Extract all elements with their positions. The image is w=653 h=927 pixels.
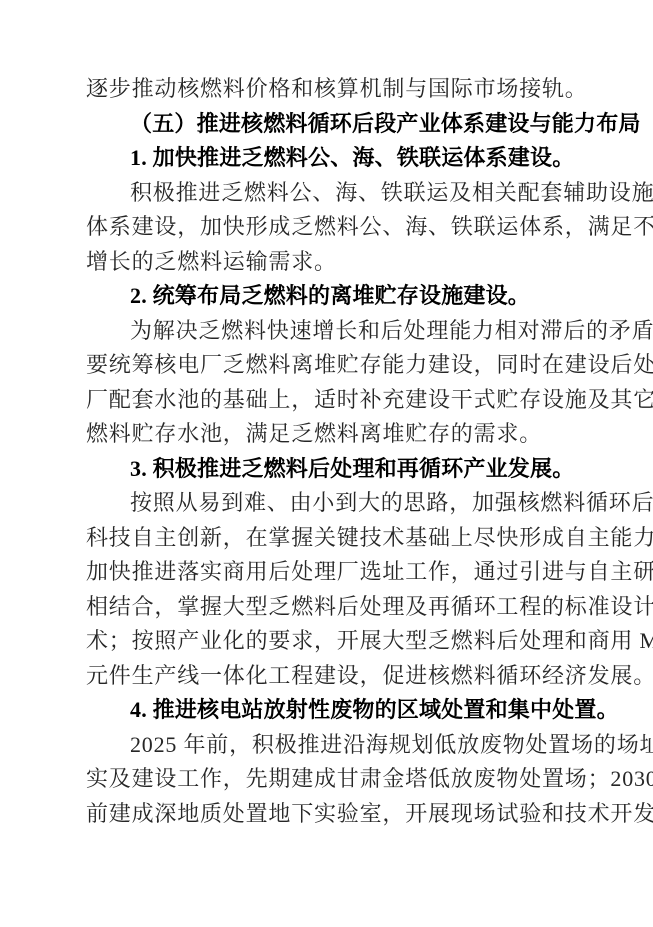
paragraph-line: 要统筹核电厂乏燃料离堆贮存能力建设，同时在建设后处理 — [86, 348, 596, 383]
paragraph-line: 元件生产线一体化工程建设，促进核燃料循环经济发展。 — [86, 659, 596, 694]
paragraph-line: 积极推进乏燃料公、海、铁联运及相关配套辅助设施等 — [86, 176, 596, 211]
paragraph-line: 2025 年前，积极推进沿海规划低放废物处置场的场址落 — [86, 728, 596, 763]
paragraph-line: 厂配套水池的基础上，适时补充建设干式贮存设施及其它乏 — [86, 383, 596, 418]
paragraph-line: 增长的乏燃料运输需求。 — [86, 245, 596, 280]
subsection-heading-2: 2. 统筹布局乏燃料的离堆贮存设施建设。 — [86, 279, 596, 314]
paragraph-line: 体系建设，加快形成乏燃料公、海、铁联运体系，满足不断 — [86, 210, 596, 245]
paragraph-line: 按照从易到难、由小到大的思路，加强核燃料循环后段 — [86, 486, 596, 521]
section-heading: （五）推进核燃料循环后段产业体系建设与能力布局 — [86, 107, 596, 142]
paragraph-line: 加快推进落实商用后处理厂选址工作，通过引进与自主研发 — [86, 555, 596, 590]
text-block: 逐步推动核燃料价格和核算机制与国际市场接轨。 （五）推进核燃料循环后段产业体系建… — [86, 72, 596, 831]
paragraph-line: 术；按照产业化的要求，开展大型乏燃料后处理和商用 MOX — [86, 624, 596, 659]
subsection-heading-4: 4. 推进核电站放射性废物的区域处置和集中处置。 — [86, 693, 596, 728]
paragraph-line: 前建成深地质处置地下实验室，开展现场试验和技术开发工 — [86, 797, 596, 832]
paragraph-line: 科技自主创新，在掌握关键技术基础上尽快形成自主能力； — [86, 521, 596, 556]
paragraph-line: 燃料贮存水池，满足乏燃料离堆贮存的需求。 — [86, 417, 596, 452]
paragraph-line: 逐步推动核燃料价格和核算机制与国际市场接轨。 — [86, 72, 596, 107]
paragraph-line: 相结合，掌握大型乏燃料后处理及再循环工程的标准设计技 — [86, 590, 596, 625]
subsection-heading-3: 3. 积极推进乏燃料后处理和再循环产业发展。 — [86, 452, 596, 487]
subsection-heading-1: 1. 加快推进乏燃料公、海、铁联运体系建设。 — [86, 141, 596, 176]
paragraph-line: 为解决乏燃料快速增长和后处理能力相对滞后的矛盾， — [86, 314, 596, 349]
document-page: 逐步推动核燃料价格和核算机制与国际市场接轨。 （五）推进核燃料循环后段产业体系建… — [0, 0, 653, 927]
paragraph-line: 实及建设工作，先期建成甘肃金塔低放废物处置场；2030 年 — [86, 762, 596, 797]
